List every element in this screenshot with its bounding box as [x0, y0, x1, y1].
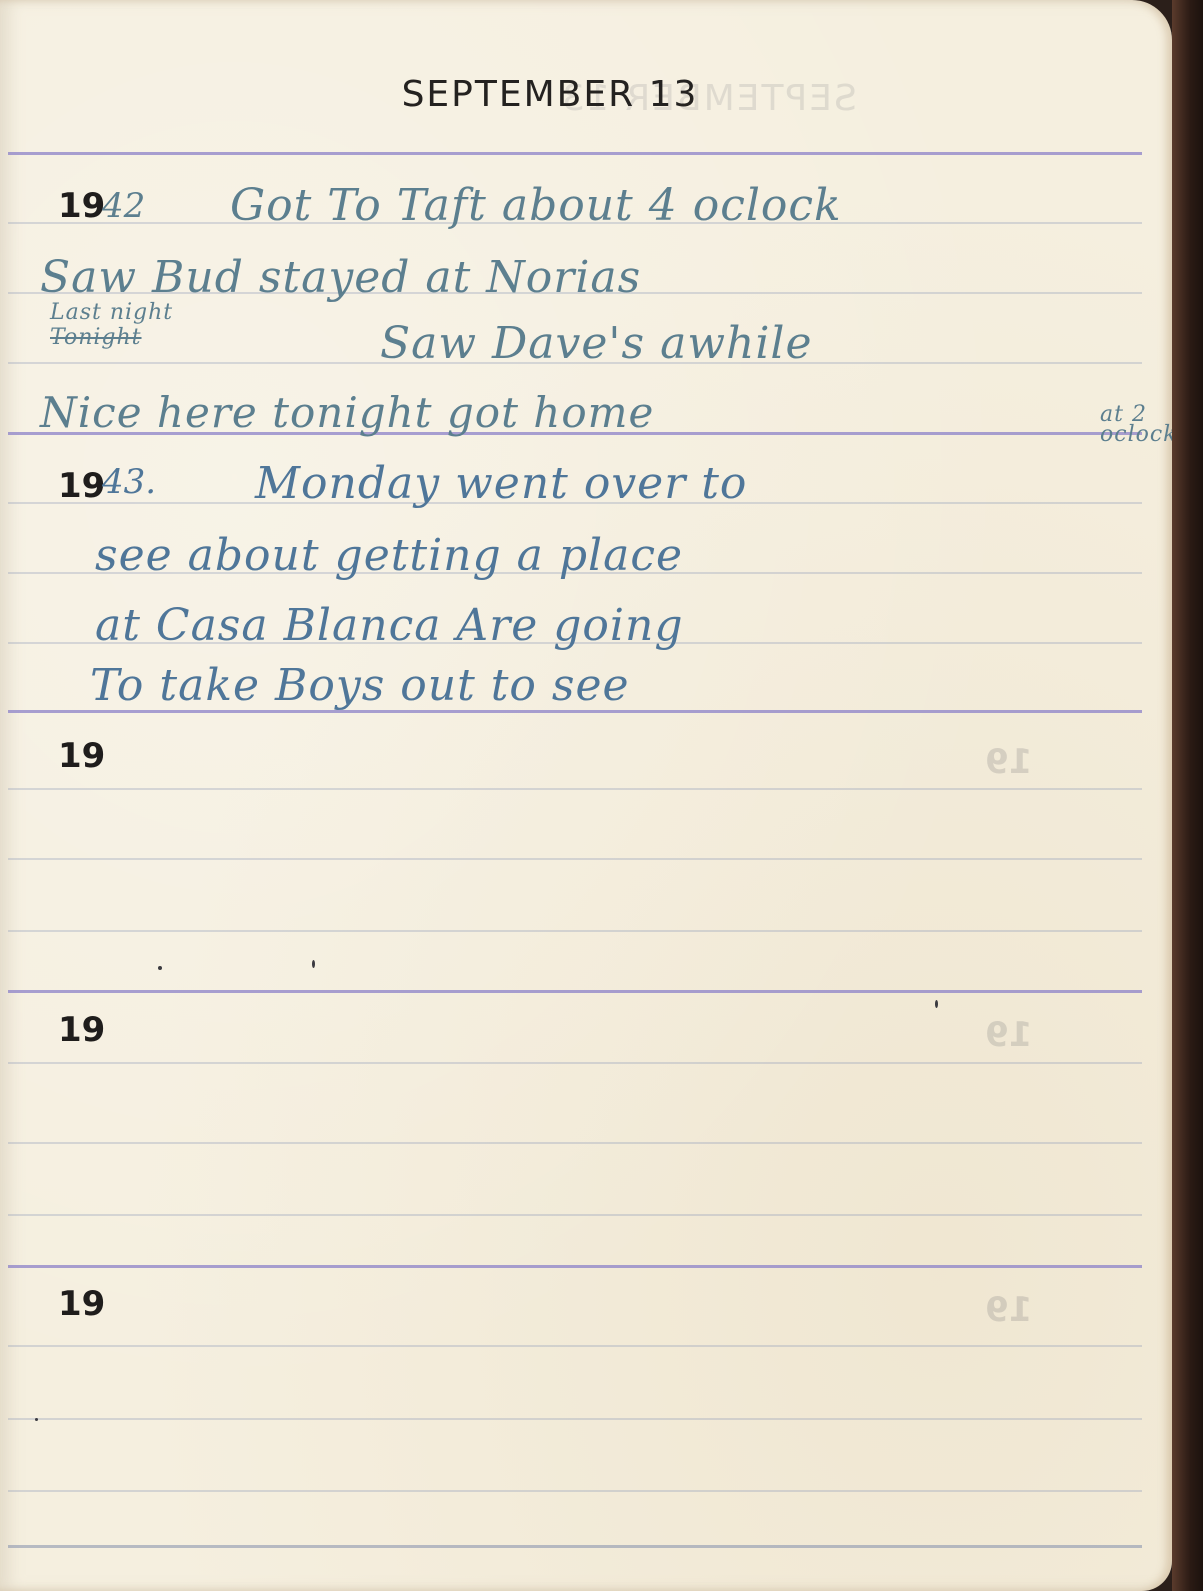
- section-rule: [8, 1265, 1142, 1268]
- handwritten-line: Monday went over to: [255, 458, 747, 509]
- handwritten-line: Saw Dave's awhile: [380, 318, 813, 369]
- handwritten-line: Saw Bud stayed at Norias: [40, 252, 641, 303]
- line-rule: [8, 788, 1142, 790]
- year-label: 19: [58, 1010, 105, 1050]
- handwritten-line: see about getting a place: [95, 530, 683, 581]
- paper-speck: [935, 1000, 938, 1008]
- line-rule: [8, 1214, 1142, 1216]
- line-rule: [8, 1142, 1142, 1144]
- book-edge: [1172, 0, 1203, 1591]
- paper-speck: [312, 960, 315, 968]
- header-day: 13: [649, 74, 699, 115]
- year-label: 19: [58, 1284, 105, 1324]
- section-rule: [8, 152, 1142, 155]
- header-month: SEPTEMBER: [402, 74, 636, 115]
- year-label: 19: [58, 736, 105, 776]
- year-handwritten: 42: [102, 186, 145, 226]
- handwritten-line: To take Boys out to see: [90, 660, 630, 711]
- paper-speck: [35, 1418, 38, 1421]
- handwritten-line: at Casa Blanca Are going: [95, 600, 684, 651]
- bleed-through-year: 19: [985, 742, 1032, 782]
- section-rule: [8, 1545, 1142, 1548]
- section-rule: [8, 990, 1142, 993]
- diary-page: SEPTEMBER 13 SEPTEMBER 13 19 42 Got To T…: [0, 0, 1172, 1591]
- page-title: SEPTEMBER 13: [0, 74, 1100, 115]
- line-rule: [8, 1490, 1142, 1492]
- paper-speck: [158, 966, 162, 970]
- line-rule: [8, 1062, 1142, 1064]
- line-rule: [8, 858, 1142, 860]
- line-rule: [8, 1345, 1142, 1347]
- superscript-note: at 2 oclock: [1100, 405, 1160, 445]
- year-label: 19: [58, 186, 105, 226]
- bleed-through-year: 19: [985, 1015, 1032, 1055]
- year-handwritten: 43.: [102, 462, 156, 502]
- inserted-word: Last night: [50, 300, 173, 325]
- line-rule: [8, 1418, 1142, 1420]
- year-label: 19: [58, 466, 105, 506]
- struck-word: Tonight: [50, 325, 142, 350]
- handwritten-line: Got To Taft about 4 oclock: [230, 180, 842, 231]
- handwritten-line: Nice here tonight got home: [40, 388, 654, 437]
- bleed-through-year: 19: [985, 1290, 1032, 1330]
- line-rule: [8, 930, 1142, 932]
